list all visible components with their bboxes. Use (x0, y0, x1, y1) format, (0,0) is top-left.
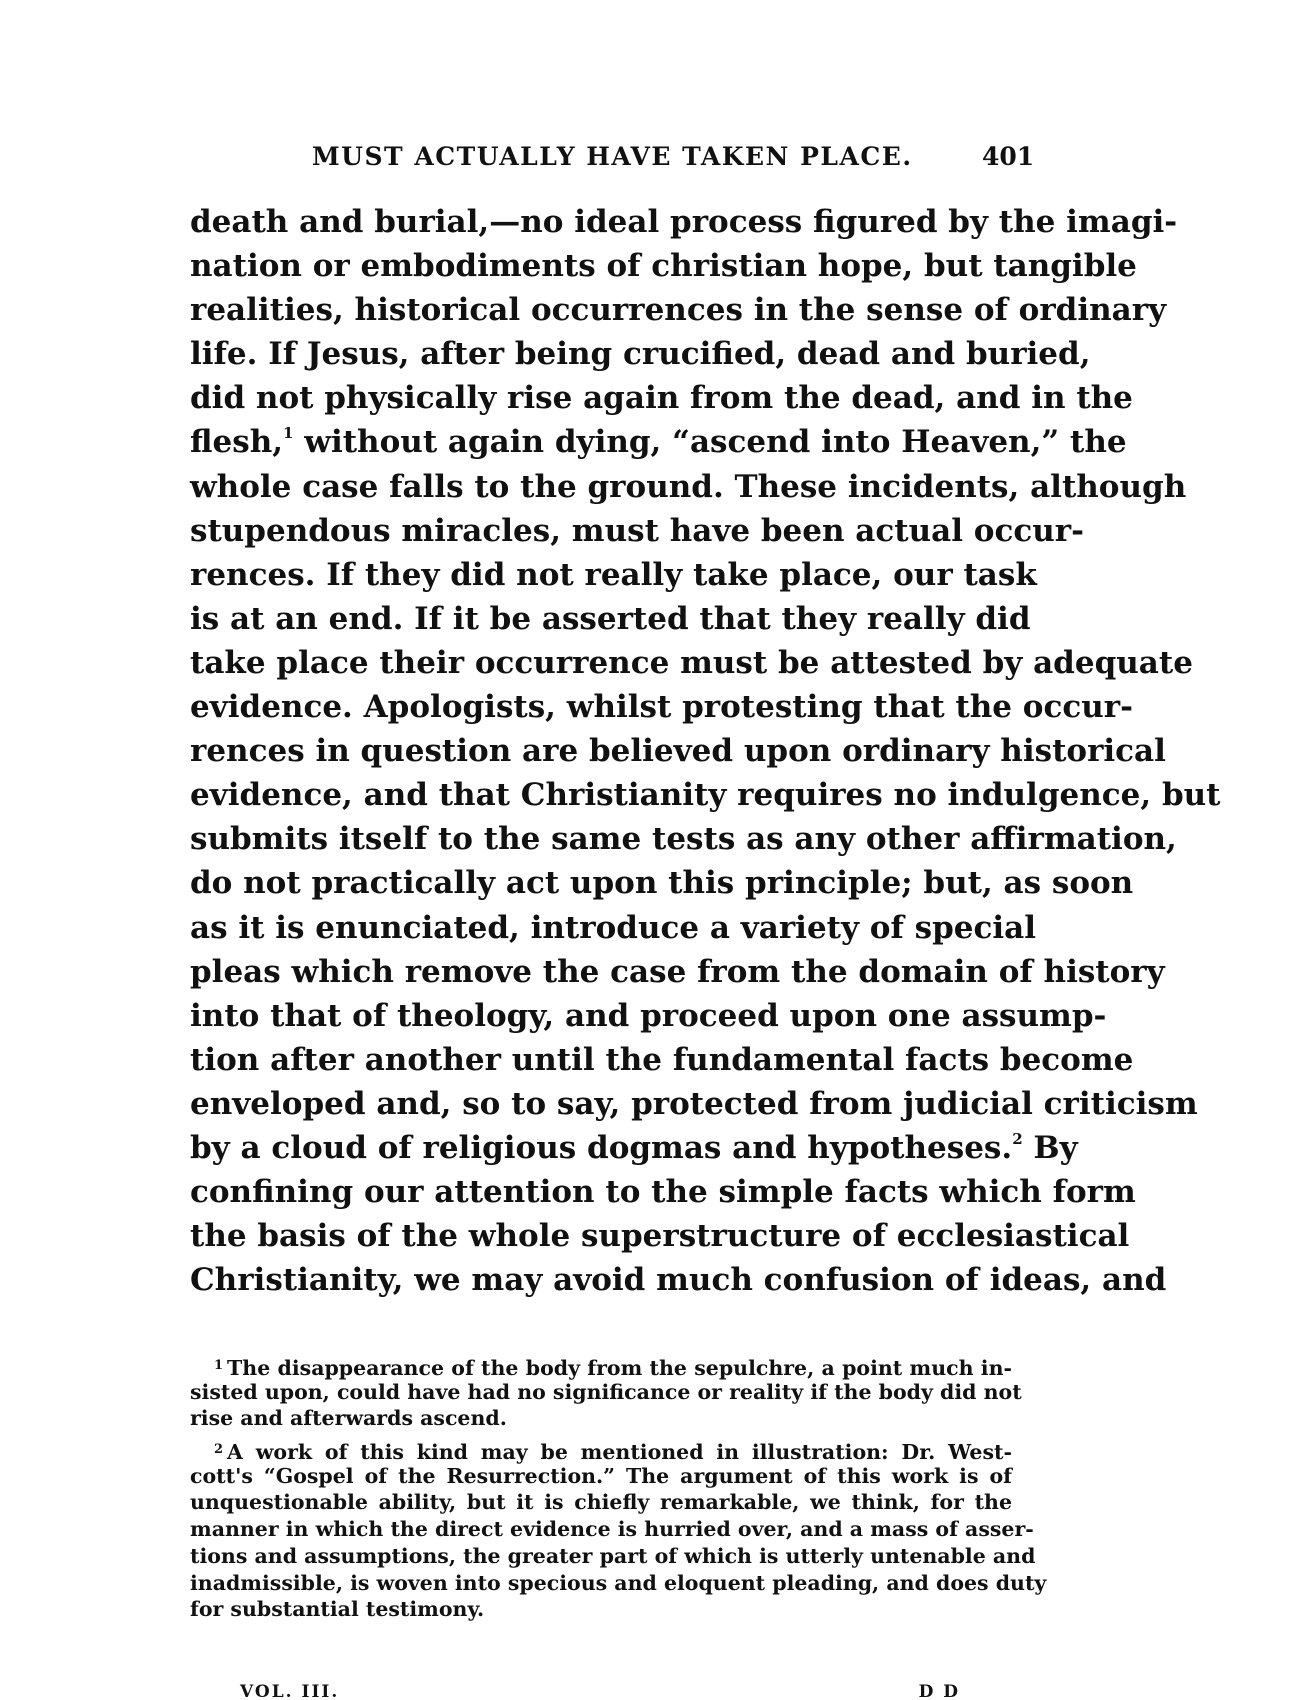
body-text: death and burial,—no ideal process figur… (190, 200, 1012, 1302)
body-line: the basis of the whole superstructure of… (190, 1214, 1012, 1258)
body-line: whole case falls to the ground. These in… (190, 465, 1012, 509)
body-line: realities, historical occurrences in the… (190, 288, 1012, 332)
footnote-line: manner in which the direct evidence is h… (190, 1516, 1012, 1543)
running-head: MUST ACTUALLY HAVE TAKEN PLACE. 401 (312, 142, 1012, 176)
body-line: rences. If they did not really take plac… (190, 553, 1012, 597)
page-number: 401 (982, 142, 1034, 171)
body-line: pleas which remove the case from the dom… (190, 950, 1012, 994)
footnote-line: sisted upon, could have had no significa… (190, 1379, 1012, 1406)
body-line: life. If Jesus, after being crucified, d… (190, 332, 1012, 376)
footnote-line: tions and assumptions, the greater part … (190, 1543, 1012, 1570)
body-line: confining our attention to the simple fa… (190, 1170, 1012, 1214)
body-line: into that of theology, and proceed upon … (190, 994, 1012, 1038)
footnote-text: The disappearance of the body from the s… (227, 1356, 1012, 1380)
body-line: death and burial,—no ideal process figur… (190, 200, 1012, 244)
footnote-line: 2A work of this kind may be mentioned in… (190, 1436, 1012, 1463)
footnote-2: 2A work of this kind may be mentioned in… (190, 1436, 1012, 1623)
footnotes: 1The disappearance of the body from the … (190, 1352, 1012, 1623)
running-title: MUST ACTUALLY HAVE TAKEN PLACE. (312, 142, 913, 171)
footnote-ref-1[interactable]: 1 (283, 424, 293, 442)
body-line: by a cloud of religious dogmas and hypot… (190, 1126, 1012, 1170)
body-line: evidence. Apologists, whilst protesting … (190, 685, 1012, 729)
footnote-1: 1The disappearance of the body from the … (190, 1352, 1012, 1432)
body-line: nation or embodiments of christian hope,… (190, 244, 1012, 288)
footnote-mark: 1 (214, 1358, 223, 1373)
body-line: evidence, and that Christianity requires… (190, 773, 1012, 817)
footnote-ref-2[interactable]: 2 (1012, 1130, 1022, 1148)
body-line: do not practically act upon this princip… (190, 861, 1012, 905)
body-line: enveloped and, so to say, protected from… (190, 1082, 1012, 1126)
footnote-line: for substantial testimony. (190, 1596, 1012, 1623)
footnote-line: rise and afterwards ascend. (190, 1405, 1012, 1432)
body-line: as it is enunciated, introduce a variety… (190, 906, 1012, 950)
body-text-span: By (1023, 1130, 1078, 1166)
body-text-span: by a cloud of religious dogmas and hypot… (190, 1130, 1012, 1166)
body-text-span: flesh, (190, 424, 283, 460)
body-line: Christianity, we may avoid much confusio… (190, 1258, 1012, 1302)
footnote-line: inadmissible, is woven into specious and… (190, 1570, 1012, 1597)
body-line: flesh,1 without again dying, “ascend int… (190, 420, 1012, 464)
footnote-text: A work of this kind may be mentioned in … (227, 1440, 1012, 1464)
book-page: MUST ACTUALLY HAVE TAKEN PLACE. 401 deat… (0, 0, 1292, 1700)
footnote-line: unquestionable ability, but it is chiefl… (190, 1489, 1012, 1516)
body-line: submits itself to the same tests as any … (190, 817, 1012, 861)
signature-line: VOL. III. D D (240, 1682, 960, 1700)
footnote-line: 1The disappearance of the body from the … (190, 1352, 1012, 1379)
body-line: rences in question are believed upon ord… (190, 729, 1012, 773)
body-line: stupendous miracles, must have been actu… (190, 509, 1012, 553)
footnote-line: cott's “Gospel of the Resurrection.” The… (190, 1463, 1012, 1490)
body-text-span: without again dying, “ascend into Heaven… (293, 424, 1126, 460)
body-line: is at an end. If it be asserted that the… (190, 597, 1012, 641)
body-line: tion after another until the fundamental… (190, 1038, 1012, 1082)
volume-label: VOL. III. (240, 1682, 339, 1700)
body-line: did not physically rise again from the d… (190, 376, 1012, 420)
body-line: take place their occurrence must be atte… (190, 641, 1012, 685)
footnote-mark: 2 (214, 1442, 223, 1457)
signature-mark: D D (919, 1682, 960, 1700)
